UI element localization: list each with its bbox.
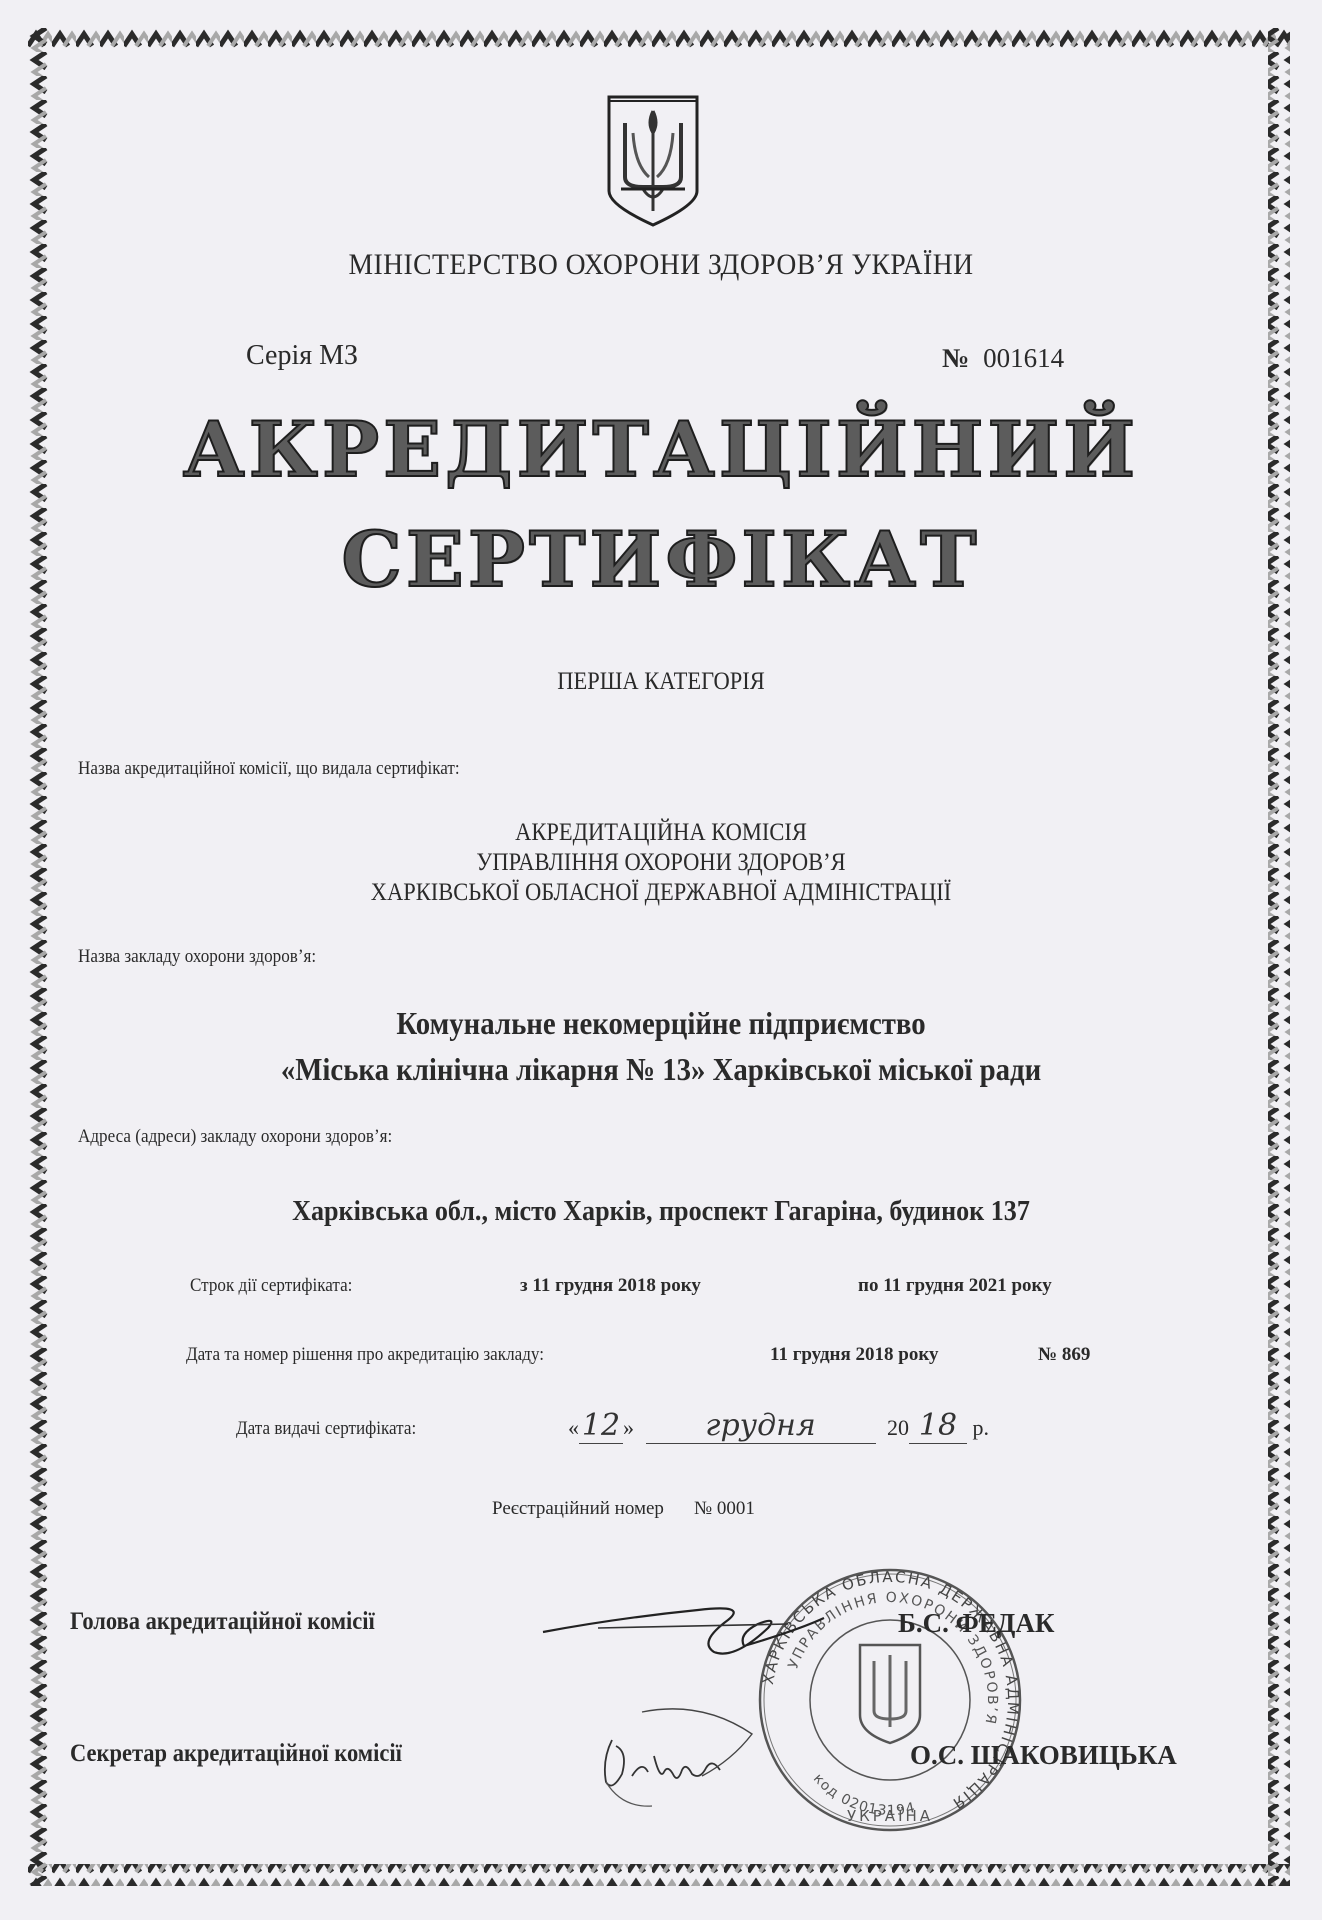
- facility-line: Комунальне некомерційне підприємство: [66, 1000, 1256, 1046]
- trident-icon: [603, 93, 703, 228]
- facility-address: Харківська обл., місто Харків, проспект …: [66, 1195, 1256, 1228]
- decision-label: Дата та номер рішення про акредитацію за…: [186, 1344, 544, 1366]
- registration-label: Реєстраційний номер: [492, 1498, 664, 1519]
- validity-from: з 11 грудня 2018 року: [520, 1275, 701, 1297]
- registration-value: № 0001: [694, 1498, 755, 1519]
- commission-line: УПРАВЛІННЯ ОХОРОНИ ЗДОРОВ’Я: [66, 848, 1256, 878]
- chair-signature: [538, 1590, 828, 1670]
- secretary-name: О.С. ШАКОВИЦЬКА: [910, 1740, 1177, 1771]
- facility-line: «Міська клінічна лікарня № 13» Харківськ…: [66, 1046, 1256, 1092]
- year-prefix: 20: [887, 1415, 909, 1440]
- category: ПЕРША КАТЕГОРІЯ: [66, 668, 1256, 696]
- decision-date: 11 грудня 2018 року: [770, 1344, 939, 1366]
- issue-year: 18: [909, 1408, 967, 1444]
- decision-number: № 869: [1038, 1344, 1090, 1366]
- year-abbr: р.: [973, 1415, 990, 1440]
- registration-number: Реєстраційний номер№ 0001: [492, 1498, 755, 1520]
- series-label: Серія МЗ: [246, 340, 358, 372]
- trident-icon: [860, 1645, 920, 1743]
- secretary-signature: [582, 1700, 762, 1810]
- number-value: 001614: [983, 343, 1064, 373]
- commission-line: ХАРКІВСЬКОЇ ОБЛАСНОЇ ДЕРЖАВНОЇ АДМІНІСТР…: [66, 878, 1256, 908]
- validity-to: по 11 грудня 2021 року: [858, 1275, 1052, 1297]
- commission-name: АКРЕДИТАЦІЙНА КОМІСІЯ УПРАВЛІННЯ ОХОРОНИ…: [66, 818, 1256, 908]
- commission-line: АКРЕДИТАЦІЙНА КОМІСІЯ: [66, 818, 1256, 848]
- facility-label: Назва закладу охорони здоров’я:: [78, 946, 316, 968]
- stamp-country: УКРАЇНА: [847, 1806, 933, 1825]
- address-label: Адреса (адреси) закладу охорони здоров’я…: [78, 1126, 392, 1148]
- certificate-number: №001614: [942, 343, 1064, 374]
- validity-label: Строк дії сертифіката:: [190, 1275, 352, 1297]
- chair-name: Б.С. ФЕДАК: [898, 1608, 1054, 1639]
- secretary-role: Секретар акредитаційної комісії: [70, 1740, 402, 1768]
- number-symbol: №: [942, 343, 969, 373]
- ministry-header: МІНІСТЕРСТВО ОХОРОНИ ЗДОРОВ’Я УКРАЇНИ: [53, 248, 1269, 282]
- title-line-2: СЕРТИФІКАТ: [0, 515, 1322, 604]
- issue-date-label: Дата видачі сертифіката:: [236, 1418, 416, 1440]
- facility-name: Комунальне некомерційне підприємство «Мі…: [66, 1000, 1256, 1092]
- issue-month: грудня: [646, 1408, 876, 1444]
- quote-close: »: [623, 1415, 634, 1440]
- title-line-1: АКРЕДИТАЦІЙНИЙ: [0, 405, 1322, 494]
- quote-open: «: [568, 1415, 579, 1440]
- chair-role: Голова акредитаційної комісії: [70, 1608, 375, 1636]
- issue-date: «12» грудня 2018 р.: [568, 1408, 989, 1444]
- issue-day: 12: [579, 1408, 623, 1444]
- commission-label: Назва акредитаційної комісії, що видала …: [78, 758, 460, 780]
